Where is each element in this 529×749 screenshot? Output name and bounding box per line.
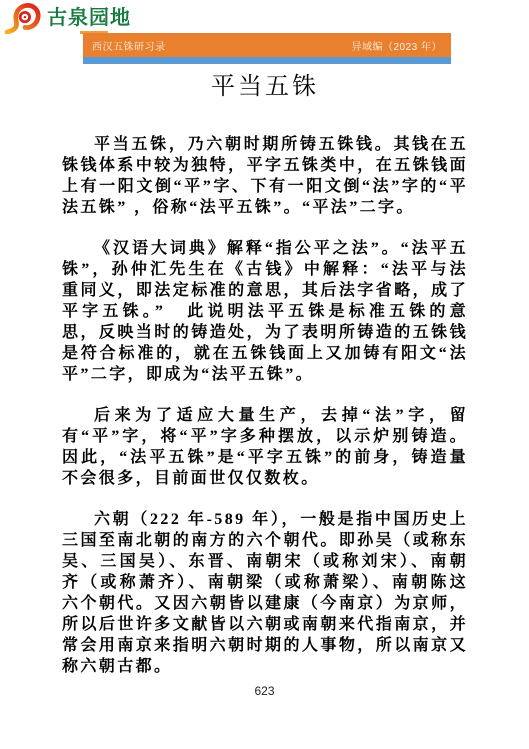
- coin-swirl-logo-icon: [4, 2, 42, 34]
- paragraph-3: 后来为了适应大量生产，去掉“法”字，留有“平”字，将“平”字多种摆放，以示炉别铸…: [62, 405, 468, 489]
- paragraph-1: 平当五铢，乃六朝时期所铸五铢钱。其钱在五铢钱体系中较为独特，平字五铢类中，在五铢…: [62, 134, 468, 218]
- article-body: 平当五铢 平当五铢，乃六朝时期所铸五铢钱。其钱在五铢钱体系中较为独特，平字五铢类…: [62, 72, 468, 697]
- header-accent-strip: [83, 57, 451, 64]
- paragraph-2: 《汉语大词典》解释“指公平之法”。“法平五铢”，孙仲汇先生在《古钱》中解释：“法…: [62, 238, 468, 385]
- chapter-header-left-title: 西汉五铢研习录: [92, 38, 166, 53]
- page-title: 平当五铢: [62, 72, 468, 102]
- paragraph-4: 六朝（222 年-589 年），一般是指中国历史上三国至南北朝的南方的六个朝代。…: [62, 509, 468, 677]
- chapter-header-right-title: 异域编（2023 年）: [351, 38, 442, 53]
- page-number: 623: [0, 684, 529, 698]
- chapter-header-bar: 西汉五铢研习录 异域编（2023 年）: [83, 33, 451, 57]
- site-logo: 古泉园地: [4, 2, 131, 34]
- document-page: 古泉园地 西汉五铢研习录 异域编（2023 年） 平当五铢 平当五铢，乃六朝时期…: [0, 0, 529, 749]
- logo-text: 古泉园地: [47, 6, 131, 30]
